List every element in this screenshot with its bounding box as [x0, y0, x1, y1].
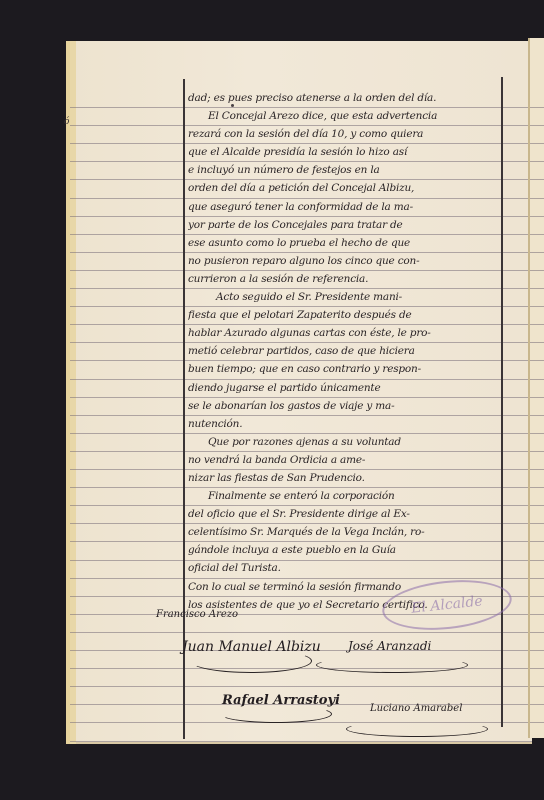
ruled-line	[530, 469, 544, 470]
text-line: fiesta que el pelotari Zapaterito despué…	[188, 306, 502, 324]
text-line: se le abonarían los gastos de viaje y ma…	[188, 397, 502, 415]
signature-5: Luciano Amarabel	[370, 703, 462, 714]
signature-flourish	[220, 705, 332, 723]
text-line: orden del día a petición del Concejal Al…	[188, 179, 502, 197]
signature-flourish	[316, 657, 468, 673]
ruled-line	[530, 668, 544, 669]
text-line: gándole incluya a este pueblo en la Guía	[188, 541, 502, 559]
signature-flourish	[190, 649, 312, 673]
signature-3: José Aranzadi	[348, 639, 431, 653]
ledger-page: ó dad; es pues preciso atenerse a la ord…	[66, 41, 532, 744]
ruled-line	[530, 578, 544, 579]
ruled-line	[70, 632, 532, 633]
ruled-line	[530, 252, 544, 253]
ruled-line	[530, 560, 544, 561]
text-line: oficial del Turista.	[188, 559, 502, 577]
text-line: que el Alcalde presidía la sesión lo hiz…	[188, 143, 502, 161]
ruled-line	[70, 668, 532, 669]
ruled-line	[530, 541, 544, 542]
text-line: hablar Azurado algunas cartas con éste, …	[188, 324, 502, 342]
minutes-text: dad; es pues preciso atenerse a la orden…	[188, 89, 502, 614]
ruled-line	[530, 342, 544, 343]
ruled-line	[530, 505, 544, 506]
text-line: yor parte de los Concejales para tratar …	[188, 216, 502, 234]
adjacent-page-edge	[528, 38, 544, 738]
ruled-line	[530, 433, 544, 434]
ruled-line	[530, 451, 544, 452]
ruled-line	[530, 397, 544, 398]
text-line: El Concejal Arezo dice, que esta adverte…	[188, 107, 502, 125]
text-line: que aseguró tener la conformidad de la m…	[188, 198, 502, 216]
ruled-line	[530, 288, 544, 289]
ruled-line	[530, 523, 544, 524]
ruled-line	[530, 161, 544, 162]
ruled-line	[530, 704, 544, 705]
stamp-text: El Alcalde	[411, 593, 484, 616]
text-line: Finalmente se enteró la corporación	[188, 487, 502, 505]
ruled-line	[70, 741, 532, 742]
ruled-line	[530, 487, 544, 488]
ruled-line	[530, 379, 544, 380]
ruled-line	[530, 415, 544, 416]
text-line: metió celebrar partidos, caso de que hic…	[188, 342, 502, 360]
text-line: e incluyó un número de festejos en la	[188, 161, 502, 179]
text-line: dad; es pues preciso atenerse a la orden…	[188, 89, 502, 107]
text-line: currieron a la sesión de referencia.	[188, 270, 502, 288]
ruled-line	[530, 107, 544, 108]
ruled-line	[70, 686, 532, 687]
text-line: nutención.	[188, 415, 502, 433]
ruled-line	[530, 125, 544, 126]
ruled-line	[530, 360, 544, 361]
text-line: celentísimo Sr. Marqués de la Vega Inclá…	[188, 523, 502, 541]
ruled-line	[530, 143, 544, 144]
ruled-line	[530, 179, 544, 180]
ruled-line	[530, 216, 544, 217]
text-line: diendo jugarse el partido únicamente	[188, 379, 502, 397]
text-line: no pusieron reparo alguno los cinco que …	[188, 252, 502, 270]
text-line: rezará con la sesión del día 10, y como …	[188, 125, 502, 143]
text-line: Acto seguido el Sr. Presidente mani-	[188, 288, 502, 306]
ruled-line	[530, 198, 544, 199]
ruled-line	[530, 632, 544, 633]
text-line: buen tiempo; que en caso contrario y res…	[188, 360, 502, 378]
text-line: Que por razones ajenas a su voluntad	[188, 433, 502, 451]
ruled-line	[530, 686, 544, 687]
ruled-line	[530, 650, 544, 651]
ruled-line	[530, 596, 544, 597]
text-line: ese asunto como lo prueba el hecho de qu…	[188, 234, 502, 252]
signature-1: Francisco Arezo	[156, 609, 238, 620]
text-line: del oficio que el Sr. Presidente dirige …	[188, 505, 502, 523]
ruled-line	[530, 270, 544, 271]
margin-mark: ó	[64, 117, 69, 127]
ruled-line	[530, 234, 544, 235]
ruled-line	[530, 722, 544, 723]
text-line: nizar las fiestas de San Prudencio.	[188, 469, 502, 487]
ruled-line	[530, 614, 544, 615]
text-line: no vendrá la banda Ordicia a ame-	[188, 451, 502, 469]
ruled-line	[530, 324, 544, 325]
signature-flourish	[346, 721, 488, 737]
ruled-line	[530, 306, 544, 307]
